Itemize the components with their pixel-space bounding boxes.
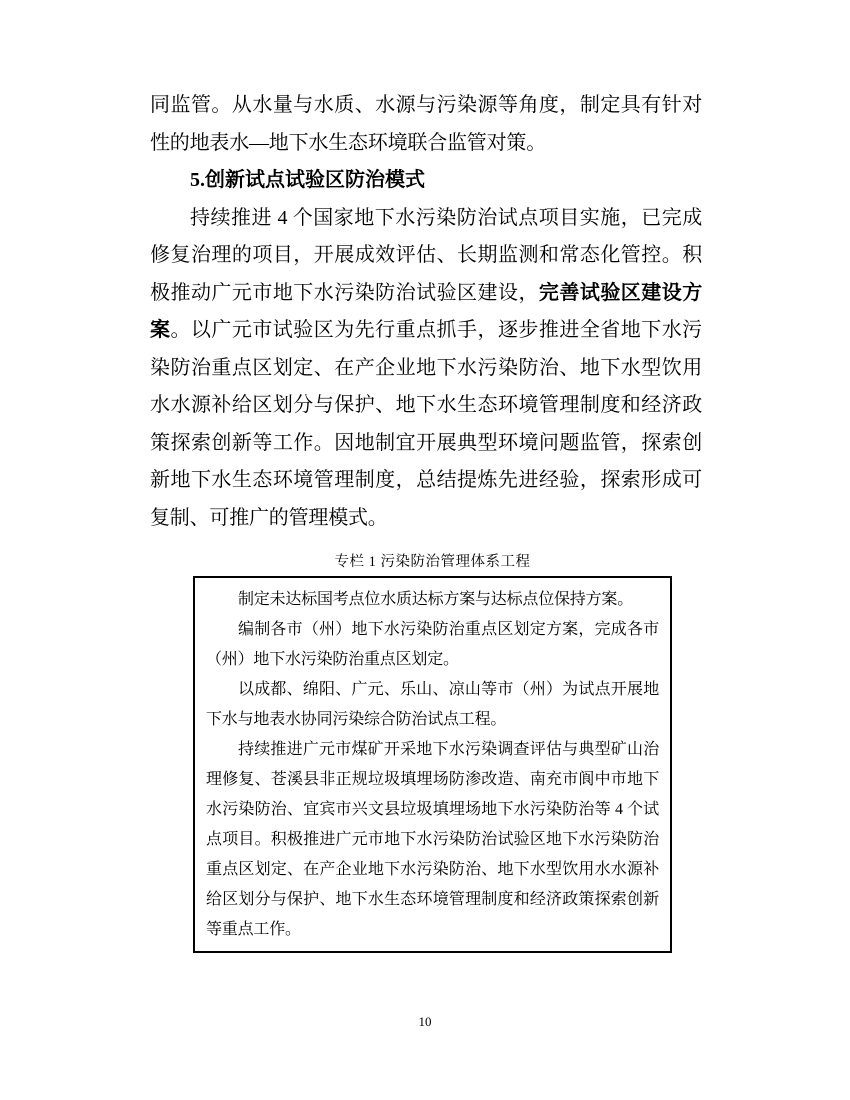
callout-paragraph-3: 以成都、绵阳、广元、乐山、凉山等市（州）为试点开展地下水与地表水协同污染综合防治… xyxy=(206,675,659,735)
callout-paragraph-1: 制定未达标国考点位水质达标方案与达标点位保持方案。 xyxy=(206,585,659,615)
document-page: 同监管。从水量与水质、水源与污染源等角度，制定具有针对性的地表水—地下水生态环境… xyxy=(0,0,850,1100)
callout-paragraph-4: 持续推进广元市煤矿开采地下水污染调查评估与典型矿山治理修复、苍溪县非正规垃圾填埋… xyxy=(206,735,659,945)
callout-box: 制定未达标国考点位水质达标方案与达标点位保持方案。 编制各市（州）地下水污染防治… xyxy=(193,576,672,953)
paragraph-main: 持续推进 4 个国家地下水污染防治试点项目实施，已完成修复治理的项目，开展成效评… xyxy=(150,200,702,538)
paragraph-continuation: 同监管。从水量与水质、水源与污染源等角度，制定具有针对性的地表水—地下水生态环境… xyxy=(150,87,702,162)
callout-paragraph-2: 编制各市（州）地下水污染防治重点区划定方案，完成各市（州）地下水污染防治重点区划… xyxy=(206,615,659,675)
paragraph-main-post: 。以广元市试验区为先行重点抓手，逐步推进全省地下水污染防治重点区划定、在产企业地… xyxy=(150,319,702,529)
page-number: 10 xyxy=(0,1014,850,1030)
section-heading: 5.创新试点试验区防治模式 xyxy=(150,162,702,200)
body-text: 同监管。从水量与水质、水源与污染源等角度，制定具有针对性的地表水—地下水生态环境… xyxy=(150,87,702,537)
callout-section: 专栏 1 污染防治管理体系工程 制定未达标国考点位水质达标方案与达标点位保持方案… xyxy=(193,551,672,953)
callout-caption: 专栏 1 污染防治管理体系工程 xyxy=(193,551,672,573)
